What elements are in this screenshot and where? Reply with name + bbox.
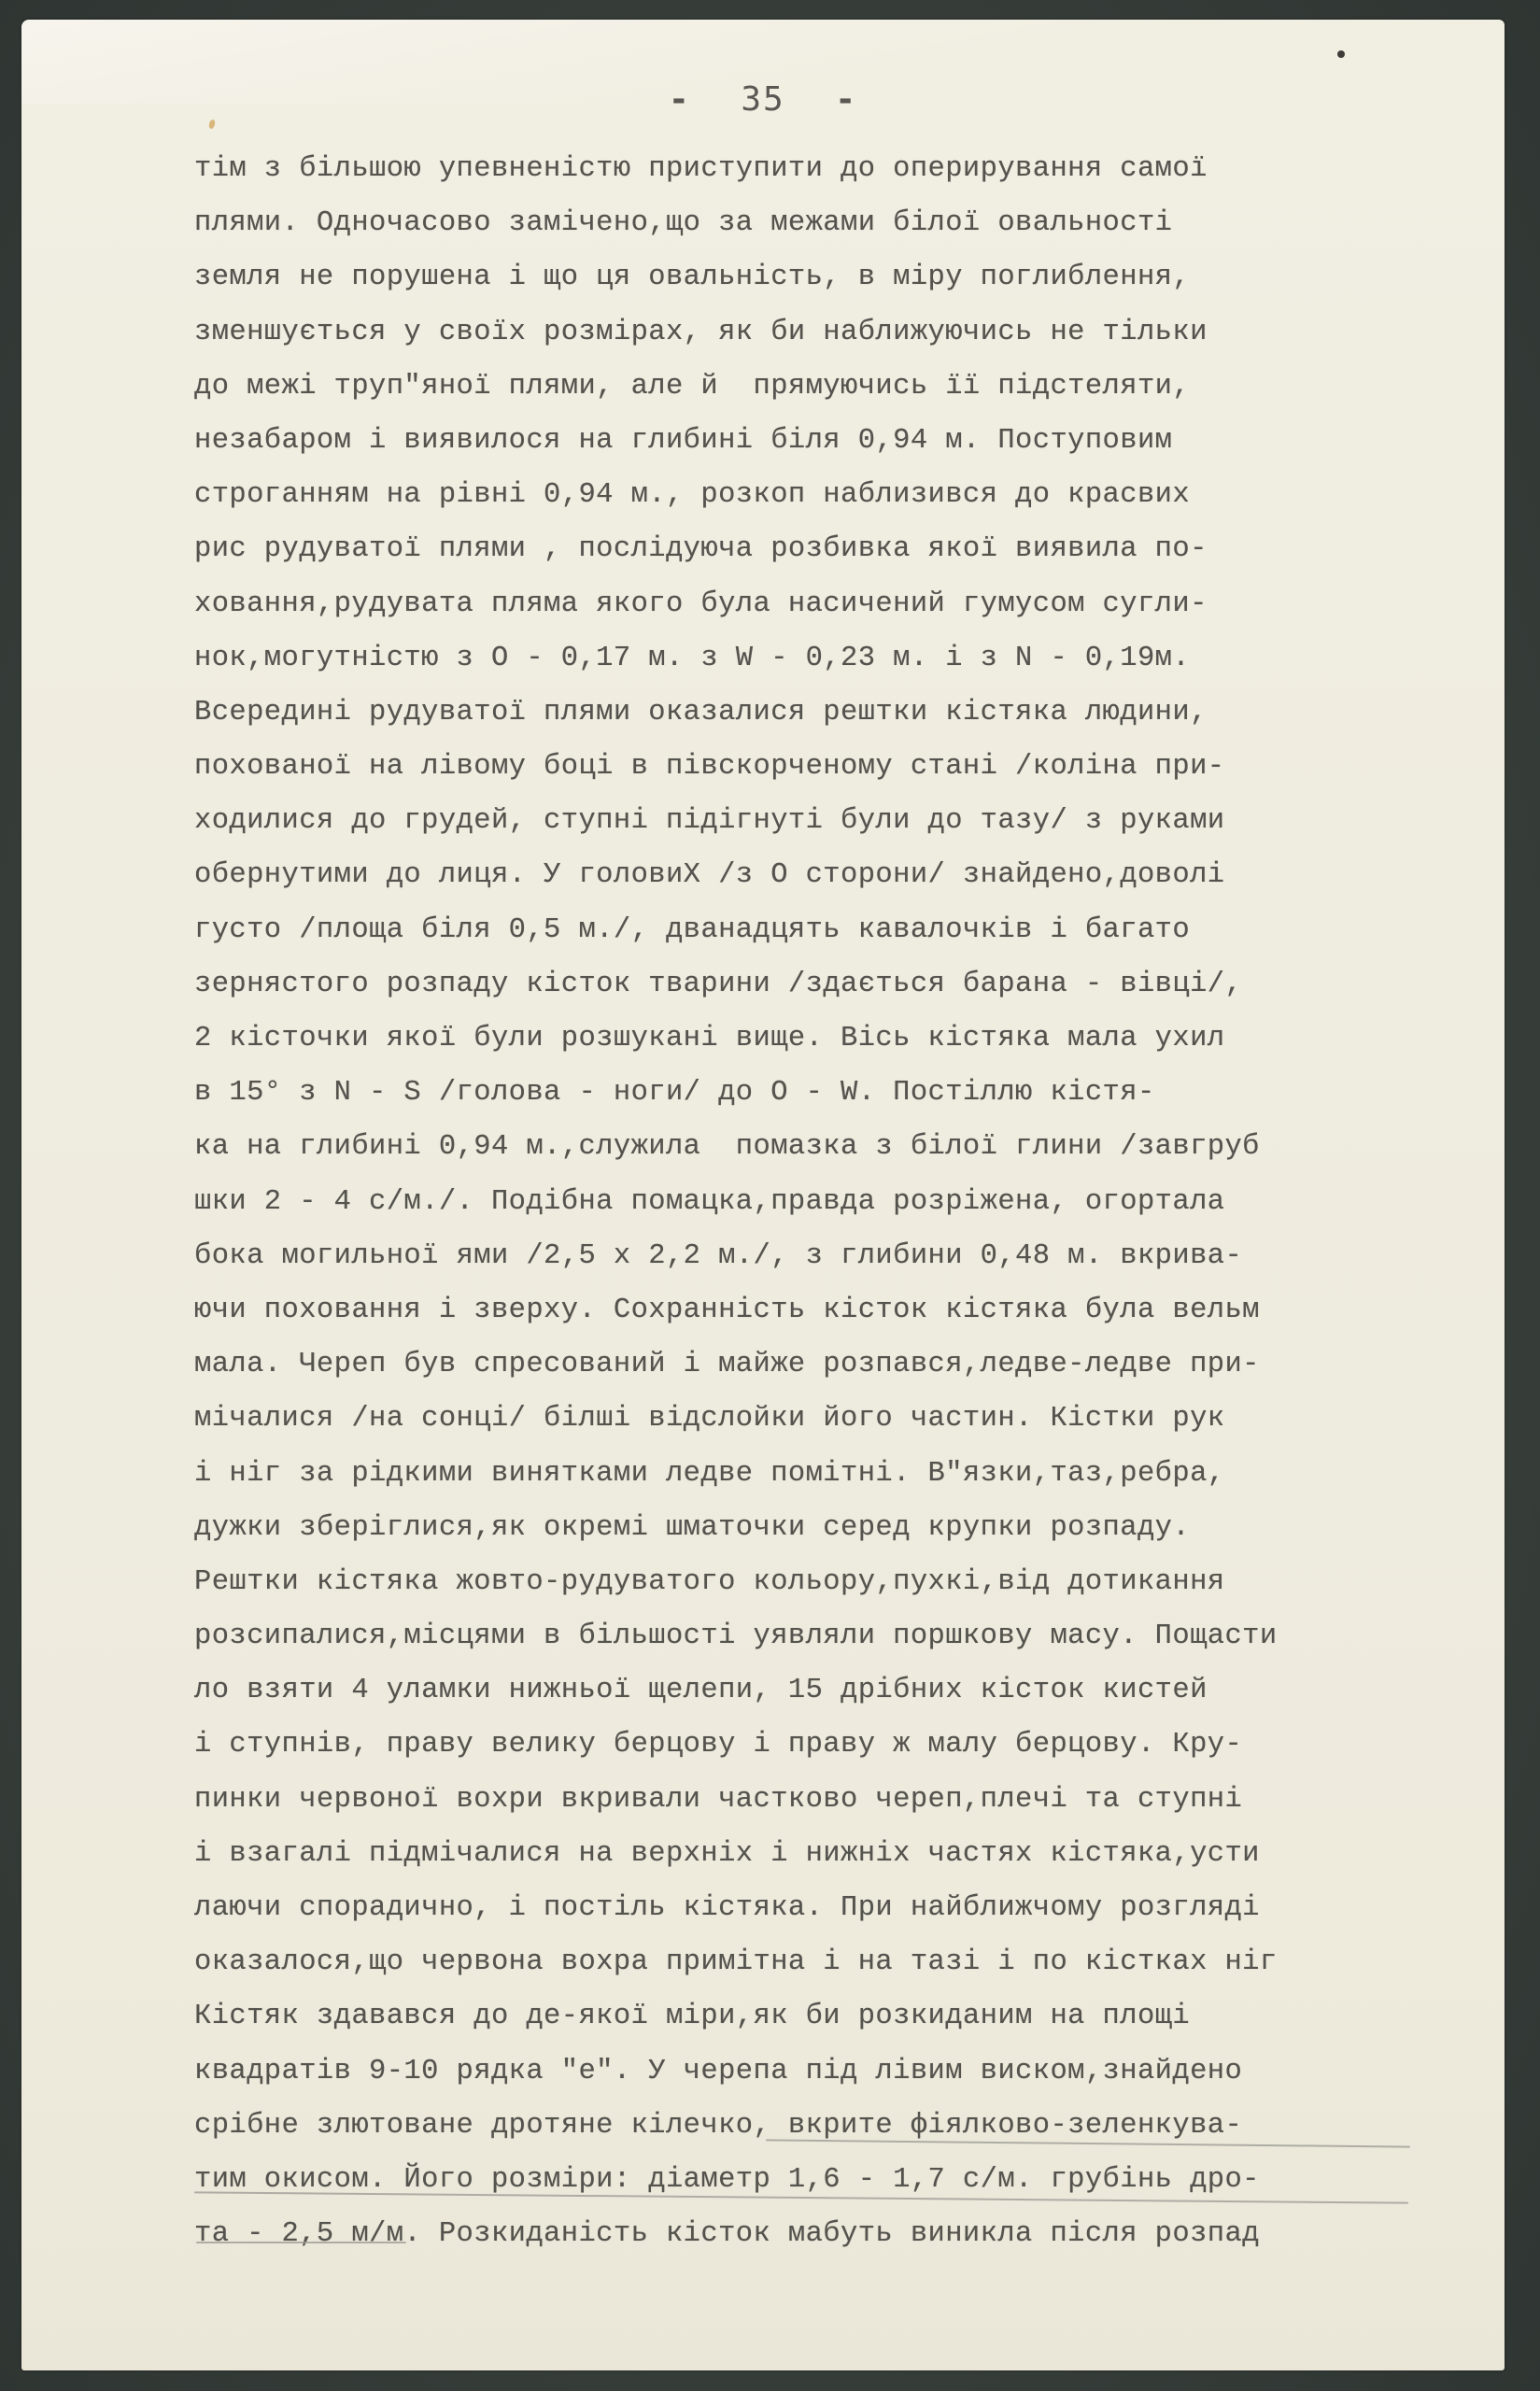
text-line: в 15° з N - S /голова - ноги/ до O - W. … <box>194 1066 1492 1120</box>
ink-dot-mark <box>1337 50 1345 58</box>
text-line: розсипалися,місцями в більшості уявляли … <box>194 1609 1492 1663</box>
page-number-value: 35 <box>741 80 784 119</box>
text-line: земля не порушена і що ця овальність, в … <box>194 250 1492 304</box>
text-line: тім з більшою упевненістю приступити до … <box>194 142 1492 196</box>
text-line: шки 2 - 4 с/м./. Подібна помацка,правда … <box>194 1175 1492 1229</box>
text-line: 2 кісточки якої були розшукані вище. Віс… <box>194 1012 1492 1066</box>
text-line: зернястого розпаду кісток тварини /здаєт… <box>194 957 1492 1012</box>
text-line: Рештки кістяка жовто-рудуватого кольору,… <box>194 1555 1492 1609</box>
text-line: до межі труп"яної плями, але й прямуючис… <box>194 360 1492 414</box>
page-number-prefix: - <box>669 80 691 119</box>
text-line: та - 2,5 м/м. Розкиданість кісток мабуть… <box>194 2207 1492 2261</box>
text-line: мала. Череп був спресований і майже розп… <box>194 1337 1492 1392</box>
page-number: - 35 - <box>21 80 1505 119</box>
text-line: ка на глибині 0,94 м.,служила помазка з … <box>194 1120 1492 1174</box>
text-line: і ніг за рідкими винятками ледве помітні… <box>194 1447 1492 1501</box>
text-line: оказалося,що червона вохра примітна і на… <box>194 1935 1492 1989</box>
text-line: лаючи спорадично, і постіль кістяка. При… <box>194 1881 1492 1935</box>
text-line: строганням на рівні 0,94 м., розкоп набл… <box>194 468 1492 522</box>
text-line: обернутими до лиця. У головиХ /з O сторо… <box>194 848 1492 902</box>
text-line: і взагалі підмічалися на верхніх і нижні… <box>194 1827 1492 1881</box>
text-line: дужки зберіглися,як окремі шматочки сере… <box>194 1501 1492 1555</box>
text-line: мічалися /на сонці/ білші відслойки його… <box>194 1392 1492 1446</box>
text-line: незабаром і виявилося на глибині біля 0,… <box>194 414 1492 468</box>
text-line: квадратів 9-10 рядка "е". У черепа під л… <box>194 2044 1492 2099</box>
text-line: нок,могутністю з O - 0,17 м. з W - 0,23 … <box>194 631 1492 686</box>
text-line: густо /площа біля 0,5 м./, дванадцять ка… <box>194 903 1492 957</box>
text-line: і ступнів, праву велику берцову і праву … <box>194 1718 1492 1772</box>
pencil-underline <box>196 2242 406 2243</box>
text-line: похованої на лівому боці в півскорченому… <box>194 740 1492 794</box>
text-line: ючи поховання і зверху. Сохранність кіст… <box>194 1283 1492 1337</box>
text-line: рис рудуватої плями , послідуюча розбивк… <box>194 522 1492 576</box>
text-line: Кістяк здавався до де-якої міри,як би ро… <box>194 1989 1492 2044</box>
text-line: ходилися до грудей, ступні підігнуті бул… <box>194 794 1492 848</box>
text-line: зменшується у своїх розмірах, як би набл… <box>194 305 1492 360</box>
text-line: бока могильної ями /2,5 х 2,2 м./, з гли… <box>194 1229 1492 1283</box>
body-text: тім з більшою упевненістю приступити до … <box>194 142 1492 2261</box>
text-line: ховання,рудувата пляма якого була насиче… <box>194 577 1492 631</box>
page-number-suffix: - <box>835 80 857 119</box>
text-line: ло взяти 4 уламки нижньої щелепи, 15 дрі… <box>194 1663 1492 1718</box>
text-line: пинки червоної вохри вкривали частково ч… <box>194 1773 1492 1827</box>
text-line: Всередині рудуватої плями оказалися решт… <box>194 686 1492 740</box>
text-line: плями. Одночасово замічено,що за межами … <box>194 196 1492 250</box>
